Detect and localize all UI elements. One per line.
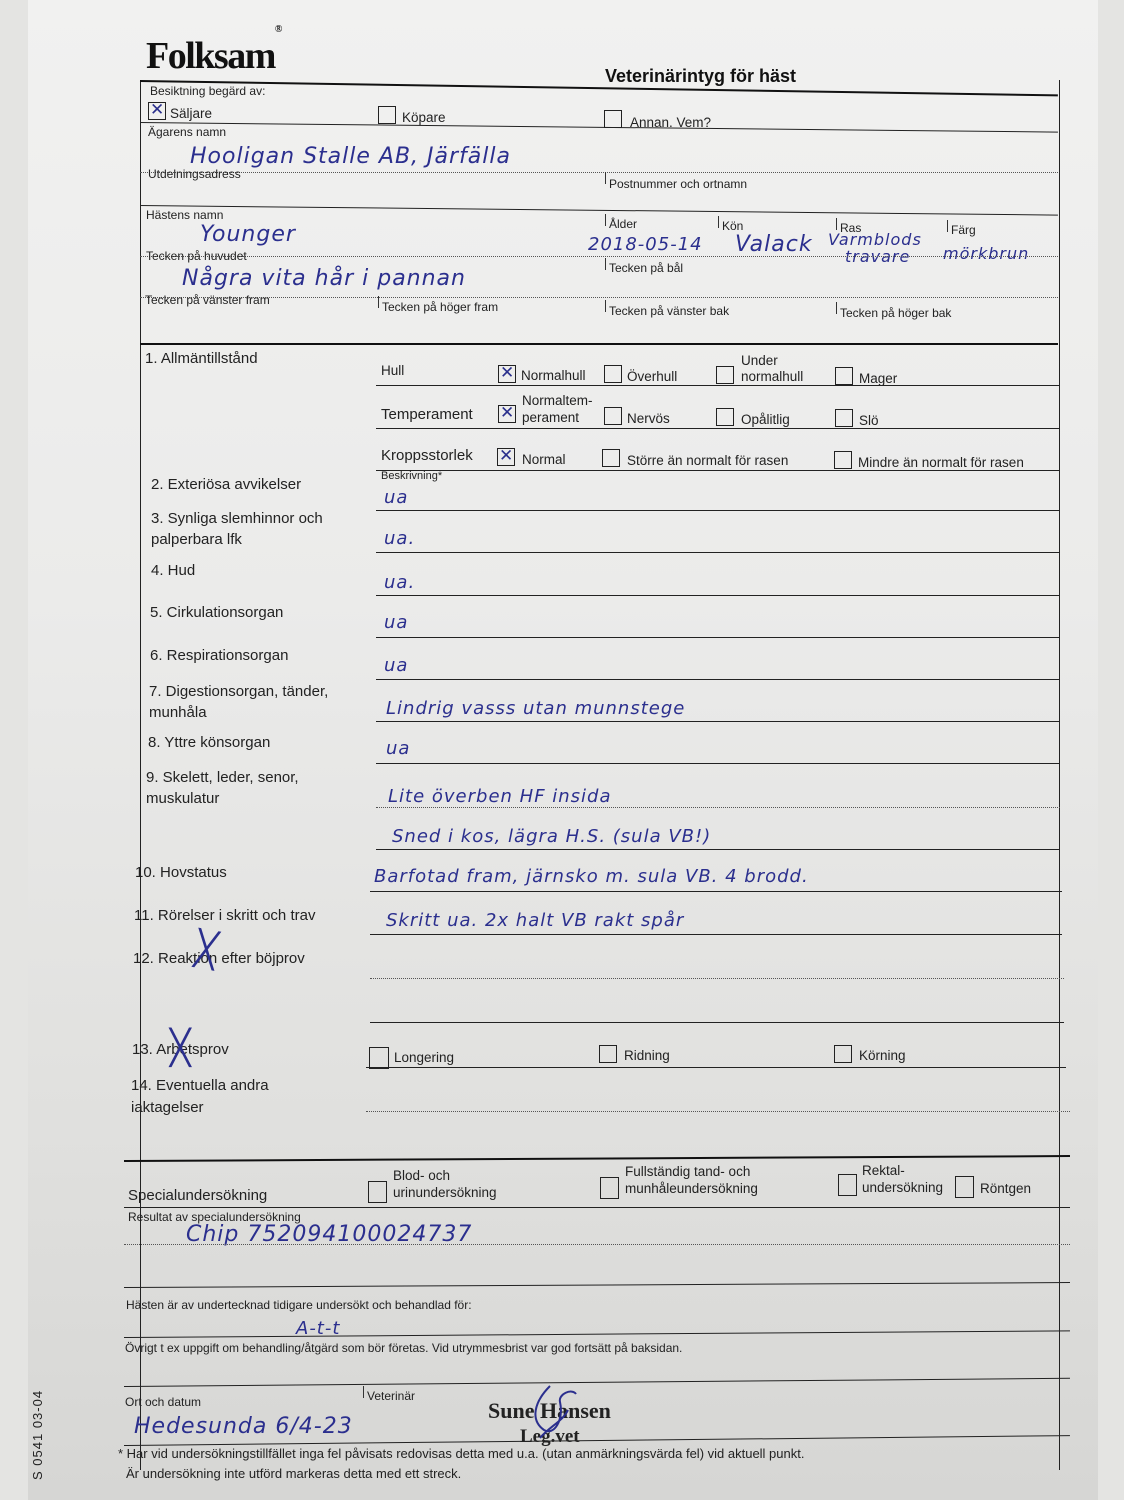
head-marks-value[interactable]: Några vita hår i pannan <box>182 266 466 291</box>
divider <box>376 763 1060 764</box>
option-label: Under normalhull <box>741 353 811 385</box>
exam-item-value[interactable]: ua <box>386 738 410 759</box>
checkbox-kopare-label: Köpare <box>402 110 446 125</box>
footnote-line2: Är undersökning inte utförd markeras det… <box>126 1466 461 1481</box>
dotted-line <box>366 1111 1070 1112</box>
right-front-label: Tecken på höger fram <box>382 300 498 314</box>
dotted-line <box>370 978 1064 979</box>
request-label: Besiktning begärd av: <box>150 84 265 98</box>
body-size-label: Kroppsstorlek <box>381 447 473 464</box>
checkbox-longering[interactable] <box>369 1047 389 1069</box>
exam-item-value[interactable]: ua <box>384 487 408 508</box>
option-label: Körning <box>859 1048 906 1063</box>
dotted-line <box>140 297 1058 298</box>
option-label: Rektal- undersökning <box>862 1162 952 1196</box>
checkbox-ridning[interactable] <box>599 1045 617 1063</box>
exam-item-label: 9. Skelett, leder, senor, muskulatur <box>146 767 356 809</box>
option-label: Normalhull <box>521 368 586 383</box>
option-label: Longering <box>394 1050 454 1065</box>
checkbox-normaltemperament[interactable] <box>498 405 516 423</box>
checkbox-kopare[interactable] <box>378 106 396 124</box>
option-label: Nervös <box>627 411 670 426</box>
divider <box>366 1067 1066 1068</box>
exam-item-value[interactable]: Barfotad fram, järnsko m. sula VB. 4 bro… <box>374 866 809 887</box>
owner-name-value[interactable]: Hooligan Stalle AB, Järfälla <box>190 144 511 169</box>
checkbox-normalhull[interactable] <box>498 365 516 383</box>
checkbox-size-smaller[interactable] <box>834 451 852 469</box>
checkbox-opalitlig[interactable] <box>716 408 734 426</box>
option-label: Större än normalt för rasen <box>627 453 788 468</box>
option-label: Slö <box>859 413 879 428</box>
exam-item-value[interactable]: Lite överben HF insida <box>388 786 612 807</box>
option-label: Normal <box>522 452 566 467</box>
dotted-line <box>124 1244 1070 1245</box>
horse-name-value[interactable]: Younger <box>200 222 296 247</box>
checkbox-overhull[interactable] <box>604 365 622 383</box>
body-marks-label: Tecken på bål <box>609 261 683 275</box>
checkbox-annan[interactable] <box>604 110 622 128</box>
divider <box>376 510 1060 511</box>
field-tick <box>836 218 837 230</box>
sex-label: Kön <box>722 219 743 233</box>
right-back-label: Tecken på höger bak <box>840 306 951 320</box>
folksam-logo: Folksam® <box>146 34 282 78</box>
option-label: Ridning <box>624 1048 670 1063</box>
dotted-line <box>140 256 1058 257</box>
checkbox-mager[interactable] <box>835 367 853 385</box>
exam-item-label: 12. Reaktion efter böjprov <box>133 950 305 967</box>
exam-item-value[interactable]: ua. <box>384 572 415 593</box>
divider <box>370 1022 1064 1023</box>
exam-item-label: 5. Cirkulationsorgan <box>150 604 283 621</box>
checkbox-nervos[interactable] <box>604 407 622 425</box>
left-back-label: Tecken på vänster bak <box>609 304 729 318</box>
place-date-value[interactable]: Hedesunda 6/4-23 <box>134 1414 353 1439</box>
option-label: Mindre än normalt för rasen <box>858 455 1024 470</box>
exam-item-label: 8. Yttre könsorgan <box>148 734 270 751</box>
option-label: Blod- och urinundersökning <box>393 1167 523 1201</box>
divider <box>370 934 1062 935</box>
form-code: S 0541 03-04 <box>30 1390 45 1480</box>
general-condition-label: 1. Allmäntillstånd <box>145 350 258 367</box>
horse-name-label: Hästens namn <box>146 208 223 222</box>
address-label: Utdelningsadress <box>148 167 241 181</box>
option-label: Röntgen <box>980 1181 1031 1196</box>
divider <box>376 637 1060 638</box>
exam-item-label: 10. Hovstatus <box>135 864 227 881</box>
special-exam-label: Specialundersökning <box>128 1187 267 1204</box>
field-tick <box>836 302 837 314</box>
field-tick <box>605 214 606 226</box>
option-label: Fullständig tand- och munhåleundersöknin… <box>625 1163 785 1197</box>
dotted-line <box>376 807 1060 808</box>
other-label: Övrigt t ex uppgift om behandling/åtgärd… <box>125 1341 682 1355</box>
field-tick <box>378 296 379 308</box>
field-tick <box>718 216 719 228</box>
exam-item-label: 7. Digestionsorgan, tänder, munhåla <box>149 681 359 723</box>
sex-value[interactable]: Valack <box>735 232 813 257</box>
exam-item-value[interactable]: ua. <box>384 528 415 549</box>
divider <box>376 428 1060 429</box>
age-value[interactable]: 2018-05-14 <box>588 234 703 255</box>
hull-label: Hull <box>381 363 404 378</box>
vet-label: Veterinär <box>367 1389 415 1403</box>
description-label: Beskrivning* <box>381 470 442 482</box>
checkbox-size-normal[interactable] <box>497 448 515 466</box>
exam-item-label: 14. Eventuella andra iaktagelser <box>131 1075 331 1119</box>
field-tick <box>363 1386 364 1398</box>
checkbox-saljare[interactable] <box>148 102 166 120</box>
place-date-label: Ort och datum <box>125 1395 201 1409</box>
exam-item-label: 6. Respirationsorgan <box>150 647 288 664</box>
exam-item-value[interactable]: ua <box>384 655 408 676</box>
exam-item-value-2[interactable]: Sned i kos, lägra H.S. (sula VB!) <box>392 826 711 847</box>
checkbox-teeth-mouth[interactable] <box>600 1177 619 1199</box>
field-tick <box>947 220 948 232</box>
history-label: Hästen är av undertecknad tidigare under… <box>126 1298 472 1312</box>
field-tick <box>605 258 606 270</box>
left-front-label: Tecken på vänster fram <box>145 293 270 307</box>
divider <box>376 595 1060 596</box>
checkbox-slo[interactable] <box>835 409 853 427</box>
color-label: Färg <box>951 223 976 237</box>
exam-item-label: 2. Exteriösa avvikelser <box>151 476 301 493</box>
divider <box>376 470 1060 471</box>
dotted-line <box>140 172 1058 173</box>
owner-name-label: Ägarens namn <box>148 125 226 139</box>
head-marks-label: Tecken på huvudet <box>146 249 247 263</box>
divider <box>376 849 1060 850</box>
checkbox-saljare-label: Säljare <box>170 106 212 121</box>
age-label: Ålder <box>609 217 637 231</box>
exam-item-label: 11. Rörelser i skritt och trav <box>134 907 315 924</box>
option-label: Överhull <box>627 369 677 384</box>
checkbox-xray[interactable] <box>955 1176 974 1198</box>
postal-label: Postnummer och ortnamn <box>609 177 747 191</box>
option-label: Normaltem- perament <box>522 392 602 426</box>
divider <box>376 721 1060 722</box>
checkbox-size-larger[interactable] <box>602 449 620 467</box>
checkbox-blood-urine[interactable] <box>368 1181 387 1203</box>
exam-item-label: 3. Synliga slemhinnor och palperbara lfk <box>151 508 361 550</box>
checkbox-under-normalhull[interactable] <box>716 366 734 384</box>
exam-item-value[interactable]: Skritt ua. 2x halt VB rakt spår <box>386 910 684 931</box>
exam-item-value[interactable]: ua <box>384 612 408 633</box>
divider <box>370 891 1062 892</box>
checkbox-rectal[interactable] <box>838 1174 857 1196</box>
divider <box>376 679 1060 680</box>
option-label: Mager <box>859 371 897 386</box>
strike-mark-icon: ╳ <box>170 1028 190 1068</box>
exam-item-label: 4. Hud <box>151 562 195 579</box>
option-label: Opålitlig <box>741 412 790 427</box>
divider <box>376 385 1060 386</box>
footnote-line1: * Har vid undersökningstillfället inga f… <box>118 1446 804 1461</box>
field-tick <box>605 300 606 312</box>
divider <box>140 343 1058 345</box>
divider <box>376 552 1060 553</box>
temperament-label: Temperament <box>381 406 473 423</box>
exam-item-value[interactable]: Lindrig vasss utan munnstege <box>386 698 685 719</box>
field-tick <box>605 172 606 184</box>
divider <box>124 1207 1070 1208</box>
checkbox-korning[interactable] <box>834 1045 852 1063</box>
color-value[interactable]: mörkbrun <box>943 244 1029 263</box>
